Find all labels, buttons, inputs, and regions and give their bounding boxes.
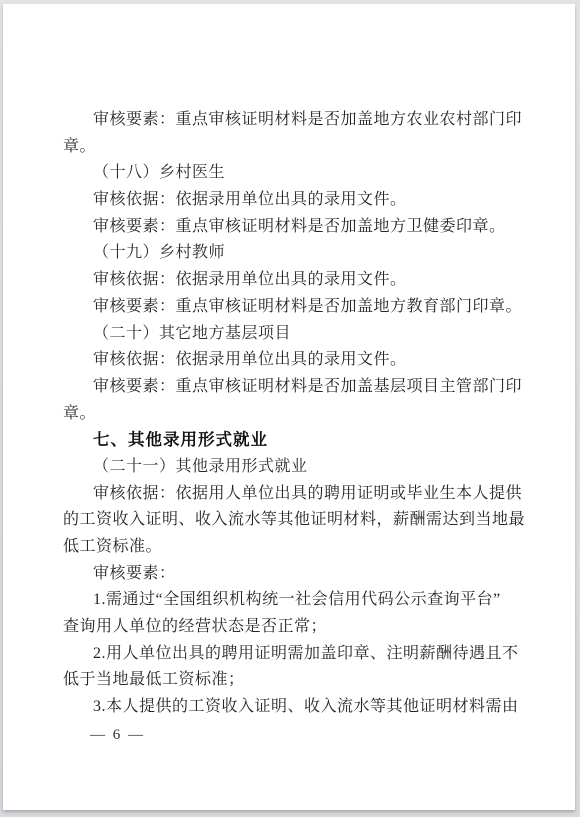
document-line: 低于当地最低工资标准；	[63, 667, 515, 694]
document-line: 查询用人单位的经营状态是否正常；	[63, 614, 515, 641]
document-line: 审核要素：重点审核证明材料是否加盖地方卫健委印章。	[63, 214, 515, 241]
document-line: 七、其他录用形式就业	[63, 427, 515, 454]
page-number: — 6 —	[90, 722, 145, 748]
document-line: （二十）其它地方基层项目	[63, 321, 515, 348]
document-line: （二十一）其他录用形式就业	[63, 454, 515, 481]
document-line: 审核依据：依据录用单位出具的录用文件。	[63, 347, 515, 374]
document-line: 章。	[63, 401, 515, 428]
document-line: 1.需通过“全国组织机构统一社会信用代码公示查询平台”	[63, 587, 515, 614]
document-viewer: 审核要素：重点审核证明材料是否加盖地方农业农村部门印章。（十八）乡村医生审核依据…	[0, 0, 580, 817]
document-line: 审核要素：重点审核证明材料是否加盖地方教育部门印章。	[63, 294, 515, 321]
document-lines: 审核要素：重点审核证明材料是否加盖地方农业农村部门印章。（十八）乡村医生审核依据…	[63, 107, 515, 721]
document-line: 2.用人单位出具的聘用证明需加盖印章、注明薪酬待遇且不	[63, 641, 515, 668]
document-line: 3.本人提供的工资收入证明、收入流水等其他证明材料需由	[63, 694, 515, 721]
document-line: 审核要素：	[63, 561, 515, 588]
document-line: 审核要素：重点审核证明材料是否加盖地方农业农村部门印	[63, 107, 515, 134]
document-line: 审核依据：依据录用单位出具的录用文件。	[63, 267, 515, 294]
document-line: 审核依据：依据用人单位出具的聘用证明或毕业生本人提供	[63, 481, 515, 508]
document-line: 低工资标准。	[63, 534, 515, 561]
document-line: 的工资收入证明、收入流水等其他证明材料，薪酬需达到当地最	[63, 507, 515, 534]
document-line: （十九）乡村教师	[63, 240, 515, 267]
document-line: 审核依据：依据录用单位出具的录用文件。	[63, 187, 515, 214]
document-page: 审核要素：重点审核证明材料是否加盖地方农业农村部门印章。（十八）乡村医生审核依据…	[3, 4, 575, 810]
document-line: （十八）乡村医生	[63, 160, 515, 187]
document-line: 审核要素：重点审核证明材料是否加盖基层项目主管部门印	[63, 374, 515, 401]
document-line: 章。	[63, 134, 515, 161]
